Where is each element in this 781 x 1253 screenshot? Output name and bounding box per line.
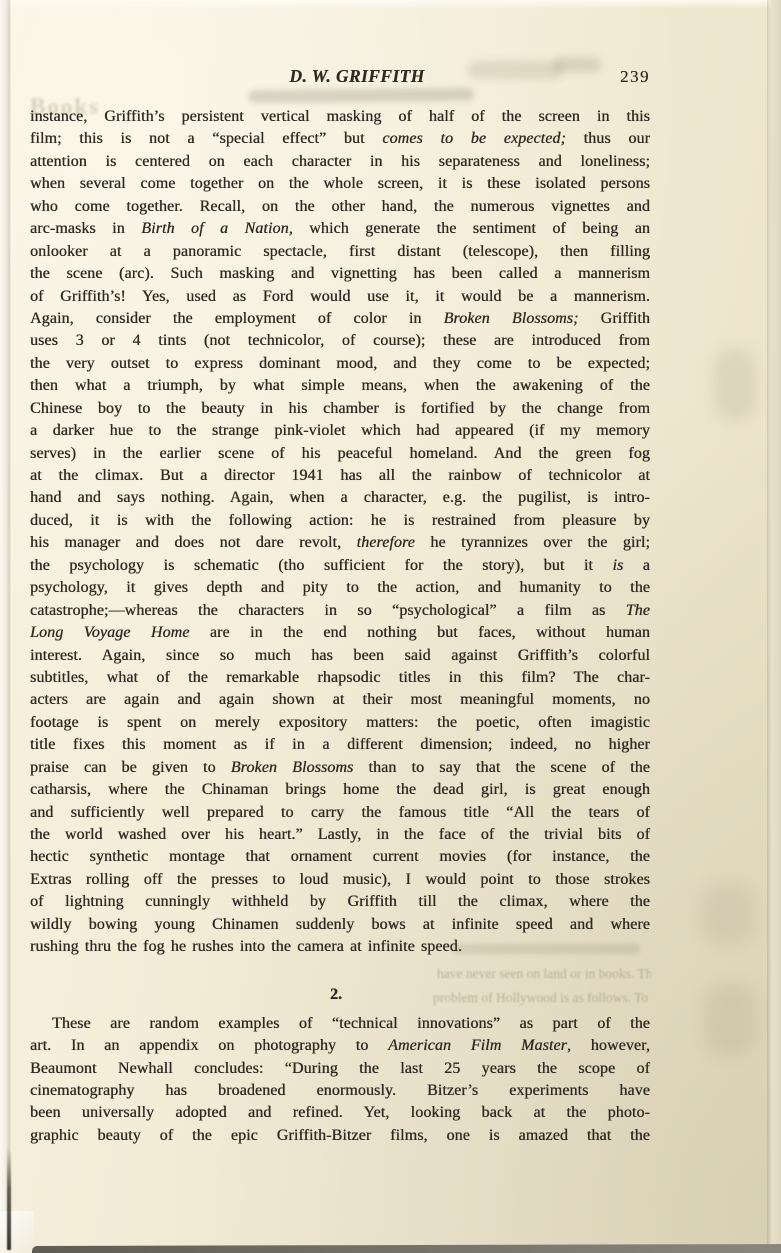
scan-shadow-left: [7, 1148, 11, 1250]
text-line: film; this is not a “special effect” but…: [30, 128, 650, 150]
text-line: catastrophe;—whereas the characters in s…: [30, 600, 650, 622]
scan-edge-left: [0, 0, 11, 1253]
scan-smudge: [704, 983, 756, 1057]
text-line: been universally adopted and refined. Ye…: [30, 1102, 650, 1124]
text-line: footage is spent on merely expository ma…: [30, 712, 650, 734]
text-line: title fixes this moment as if in a diffe…: [30, 734, 650, 756]
scan-corner-bottom-left: [0, 1211, 34, 1253]
text-line: of Griffith’s! Yes, used as Ford would u…: [30, 286, 650, 308]
text-line: Long Voyage Home are in the end nothing …: [30, 622, 650, 644]
text-line: interest. Again, since so much has been …: [30, 645, 650, 667]
page-number: 239: [620, 67, 650, 87]
text-line: subtitles, what of the remarkable rhapso…: [30, 667, 650, 689]
text-line: Beaumont Newhall concludes: “During the …: [30, 1058, 650, 1080]
text-line: who come together. Recall, on the other …: [30, 196, 650, 218]
paragraph: instance, Griffith’s persistent vertical…: [30, 106, 650, 959]
text-line: and sufficiently well prepared to carry …: [30, 802, 650, 824]
text-line: onlooker at a panoramic spectacle, first…: [30, 241, 650, 263]
section-number: 2.: [26, 984, 646, 1006]
text-line: a darker hue to the strange pink-violet …: [30, 420, 650, 442]
text-line: art. In an appendix on photography to Am…: [30, 1035, 650, 1057]
text-line: instance, Griffith’s persistent vertical…: [30, 106, 650, 128]
text-line: rushing thru the fog he rushes into the …: [30, 936, 650, 958]
text-line: Chinese boy to the beauty in his chamber…: [30, 398, 650, 420]
text-line: hand and says nothing. Again, when a cha…: [30, 487, 650, 509]
text-line: the psychology is schematic (tho suffici…: [30, 555, 650, 577]
text-line: catharsis, where the Chinaman brings hom…: [30, 779, 650, 801]
text-line: the very outset to express dominant mood…: [30, 353, 650, 375]
text-line: Extras rolling off the presses to loud m…: [30, 869, 650, 891]
text-line: These are random examples of “technical …: [30, 1013, 650, 1035]
running-header-title: D. W. GRIFFITH: [289, 66, 424, 87]
text-line: acters are again and again shown at thei…: [30, 689, 650, 711]
text-line: the scene (arc). Such masking and vignet…: [30, 263, 650, 285]
text-line: praise can be given to Broken Blossoms t…: [30, 757, 650, 779]
text-line: Again, consider the employment of color …: [30, 308, 650, 330]
paragraph: These are random examples of “technical …: [30, 1013, 650, 1148]
text-line: when several come together on the whole …: [30, 173, 650, 195]
body-text: instance, Griffith’s persistent vertical…: [30, 106, 650, 1147]
text-line: arc-masks in Birth of a Nation, which ge…: [30, 218, 650, 240]
text-line: uses 3 or 4 tints (not technicolor, of c…: [30, 330, 650, 352]
text-line: graphic beauty of the epic Griffith-Bitz…: [30, 1125, 650, 1147]
text-line: then what a triumph, by what simple mean…: [30, 375, 650, 397]
text-line: psychology, it gives depth and pity to t…: [30, 577, 650, 599]
running-header: D. W. GRIFFITH 239: [30, 66, 650, 92]
text-line: duced, it is with the following action: …: [30, 510, 650, 532]
text-line: attention is centered on each character …: [30, 151, 650, 173]
text-line: of lightning cunningly withheld by Griff…: [30, 891, 650, 913]
scan-page-edge-right: [767, 0, 781, 1253]
scan-edge-bottom: [32, 1244, 781, 1253]
text-line: his manager and does not dare revolt, th…: [30, 532, 650, 554]
text-line: serves) in the earlier scene of his peac…: [30, 443, 650, 465]
text-line: at the climax. But a director 1941 has a…: [30, 465, 650, 487]
text-line: hectic synthetic montage that ornament c…: [30, 846, 650, 868]
text-line: the world washed over his heart.” Lastly…: [30, 824, 650, 846]
scanned-book-page: { "page": { "header": { "title": "D. W. …: [0, 0, 781, 1253]
scan-smudge: [714, 348, 756, 420]
text-line: cinematography has broadened enormously.…: [30, 1080, 650, 1102]
scan-edge-top: [0, 0, 781, 9]
text-line: wildly bowing young Chinamen suddenly bo…: [30, 914, 650, 936]
scan-smudge: [700, 883, 756, 945]
